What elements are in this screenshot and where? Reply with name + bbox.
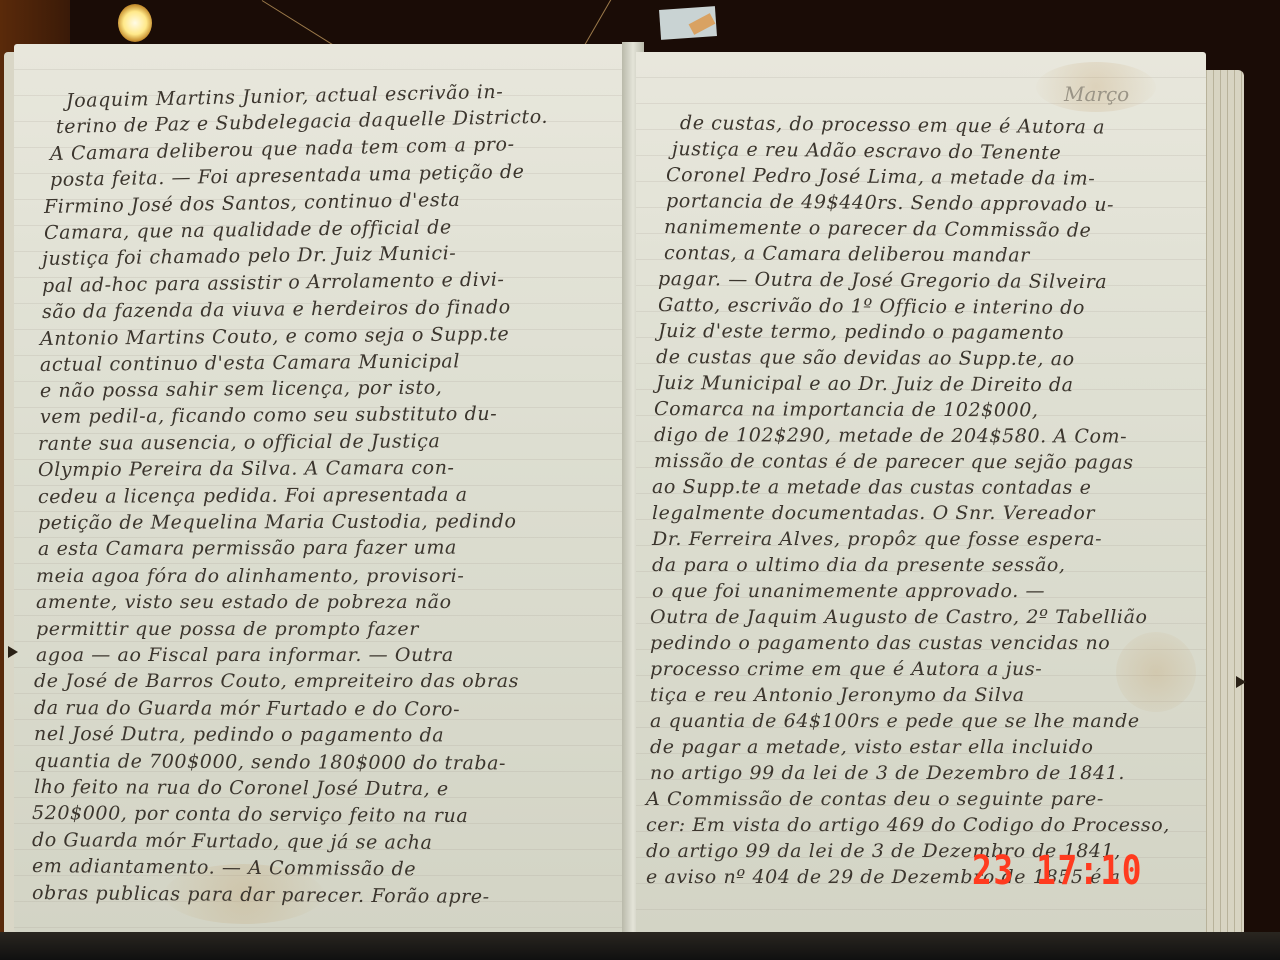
lamp-glare [118, 4, 152, 42]
handwritten-line: meia agoa fóra do alinhamento, provisori… [36, 565, 464, 587]
handwritten-line: pagar. — Outra de José Gregorio da Silve… [658, 268, 1107, 293]
handwritten-line: Comarca na importancia de 102$000, [654, 398, 1039, 421]
handwritten-line: A Commissão de contas deu o seguinte par… [646, 788, 1104, 810]
handwritten-line: do Guarda mór Furtado, que já se acha [32, 829, 433, 854]
handwritten-line: permittir que possa de prompto fazer [36, 618, 419, 640]
handwritten-line: contas, a Camara deliberou mandar [664, 242, 1030, 267]
left-page: Joaquim Martins Junior, actual escrivão … [14, 44, 630, 932]
handwritten-line: Juiz Municipal e ao Dr. Juiz de Direito … [656, 372, 1074, 396]
handwritten-line: lho feito na rua do Coronel José Dutra, … [34, 776, 449, 800]
handwritten-line: de custas, do processo em que é Autora a [680, 112, 1105, 138]
handwritten-line: justiça e reu Adão escravo do Tenente [672, 138, 1062, 164]
handwritten-line: 520$000, por conta do serviço feito na r… [32, 802, 468, 827]
handwritten-line: de custas que são devidas ao Supp.te, ao [656, 346, 1075, 370]
ribbon-marker [8, 646, 18, 658]
handwritten-line: Outra de Jaquim Augusto de Castro, 2º Ta… [650, 606, 1148, 628]
handwritten-line: rante sua ausencia, o official de Justiç… [38, 430, 441, 455]
handwritten-line: missão de contas é de parecer que sejão … [654, 450, 1134, 474]
handwritten-line: Gatto, escrivão do 1º Officio e interino… [658, 294, 1085, 319]
handwritten-line: nanimemente o parecer da Commissão de [664, 216, 1092, 242]
handwritten-line: portancia de 49$440rs. Sendo approvado u… [666, 190, 1114, 216]
stain [1116, 632, 1196, 712]
right-page: Março 73 de custas, do processo em que é… [636, 52, 1206, 932]
handwritten-line: obras publicas para dar parecer. Forão a… [32, 882, 490, 908]
page-header-month: Março [1064, 82, 1129, 106]
handwritten-line: pedindo o pagamento das custas vencidas … [650, 632, 1110, 654]
handwritten-line: cer: Em vista do artigo 469 do Codigo do… [646, 814, 1170, 836]
wire [262, 0, 339, 49]
handwritten-line: da para o ultimo dia da presente sessão, [652, 554, 1066, 576]
handwritten-line: de José de Barros Couto, empreiteiro das… [34, 670, 519, 692]
handwritten-line: vem pedil-a, ficando como seu substituto… [40, 403, 497, 428]
handwritten-line: de pagar a metade, visto estar ella incl… [650, 736, 1094, 758]
handwritten-line: agoa — ao Fiscal para informar. — Outra [36, 644, 454, 666]
handwritten-line: amente, visto seu estado de pobreza não [36, 591, 452, 613]
handwritten-line: Juiz d'este termo, pedindo o pagamento [658, 320, 1064, 344]
table-surface [0, 932, 1280, 960]
handwritten-line: legalmente documentadas. O Snr. Vereador [652, 502, 1095, 524]
handwritten-line: digo de 102$290, metade de 204$580. A Co… [654, 424, 1127, 448]
handwritten-line: a esta Camara permissão para fazer uma [38, 537, 457, 560]
handwritten-line: nel José Dutra, pedindo o pagamento da [34, 723, 444, 746]
handwritten-line: cedeu a licença pedida. Foi apresentada … [38, 484, 468, 508]
handwritten-line: da rua do Guarda mór Furtado e do Coro- [34, 697, 460, 720]
handwritten-line: e não possa sahir sem licença, por isto, [40, 376, 443, 402]
handwritten-line: Dr. Ferreira Alves, propôz que fosse esp… [652, 528, 1102, 550]
camera-timestamp: 23 17:10 [972, 848, 1143, 894]
handwritten-line: no artigo 99 da lei de 3 de Dezembro de … [650, 762, 1125, 784]
handwritten-line: actual continuo d'esta Camara Municipal [40, 350, 460, 376]
wire [585, 0, 613, 45]
handwritten-line: o que foi unanimemente approvado. — [652, 580, 1045, 602]
handwritten-line: a quantia de 64$100rs e pede que se lhe … [650, 710, 1140, 732]
right-page-stack [1200, 70, 1244, 950]
handwritten-line: ao Supp.te a metade das custas contadas … [652, 476, 1091, 499]
handwritten-line: petição de Mequelina Maria Custodia, ped… [38, 510, 517, 534]
handwritten-line: tiça e reu Antonio Jeronymo da Silva [650, 684, 1025, 706]
handwritten-line: Coronel Pedro José Lima, a metade da im- [666, 164, 1095, 190]
handwritten-line: em adiantamento. — A Commissão de [32, 855, 416, 880]
handwritten-line: quantia de 700$000, sendo 180$000 do tra… [34, 750, 506, 774]
handwritten-line: processo crime em que é Autora a jus- [650, 658, 1042, 680]
ribbon-marker [1236, 676, 1246, 688]
handwritten-line: Olympio Pereira da Silva. A Camara con- [38, 457, 455, 481]
